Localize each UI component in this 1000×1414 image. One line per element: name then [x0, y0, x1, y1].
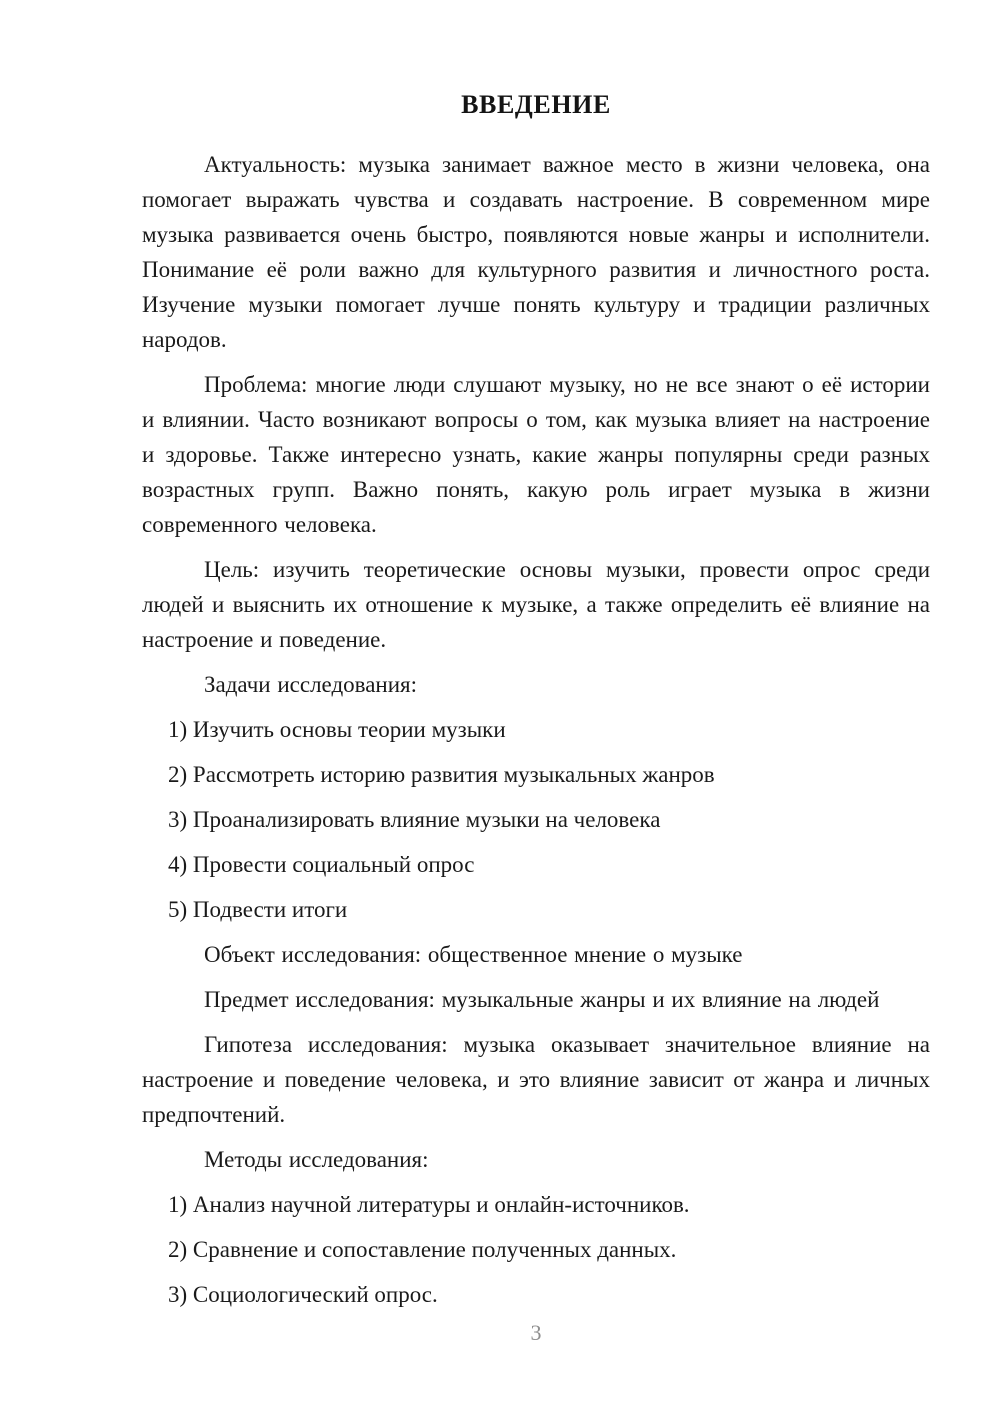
paragraph-problem: Проблема: многие люди слушают музыку, но… [142, 367, 930, 542]
method-list-item-2: 2) Сравнение и сопоставление полученных … [168, 1232, 930, 1267]
methods-heading: Методы исследования: [142, 1142, 930, 1177]
paragraph-hypothesis: Гипотеза исследования: музыка оказывает … [142, 1027, 930, 1132]
method-list-item-1: 1) Анализ научной литературы и онлайн-ис… [168, 1187, 930, 1222]
task-list-item-3: 3) Проанализировать влияние музыки на че… [168, 802, 930, 837]
document-page: ВВЕДЕНИЕ Актуальность: музыка занимает в… [0, 0, 1000, 1414]
page-title: ВВЕДЕНИЕ [142, 90, 930, 120]
task-list-item-5: 5) Подвести итоги [168, 892, 930, 927]
paragraph-research-subject: Предмет исследования: музыкальные жанры … [142, 982, 930, 1017]
paragraph-goal: Цель: изучить теоретические основы музык… [142, 552, 930, 657]
task-list-item-4: 4) Провести социальный опрос [168, 847, 930, 882]
method-list-item-3: 3) Социологический опрос. [168, 1277, 930, 1312]
task-list-item-2: 2) Рассмотреть историю развития музыкаль… [168, 757, 930, 792]
task-list-item-1: 1) Изучить основы теории музыки [168, 712, 930, 747]
document-content: ВВЕДЕНИЕ Актуальность: музыка занимает в… [142, 90, 930, 1322]
page-number: 3 [142, 1320, 930, 1346]
paragraph-research-object: Объект исследования: общественное мнение… [142, 937, 930, 972]
tasks-heading: Задачи исследования: [142, 667, 930, 702]
paragraph-relevance: Актуальность: музыка занимает важное мес… [142, 147, 930, 357]
